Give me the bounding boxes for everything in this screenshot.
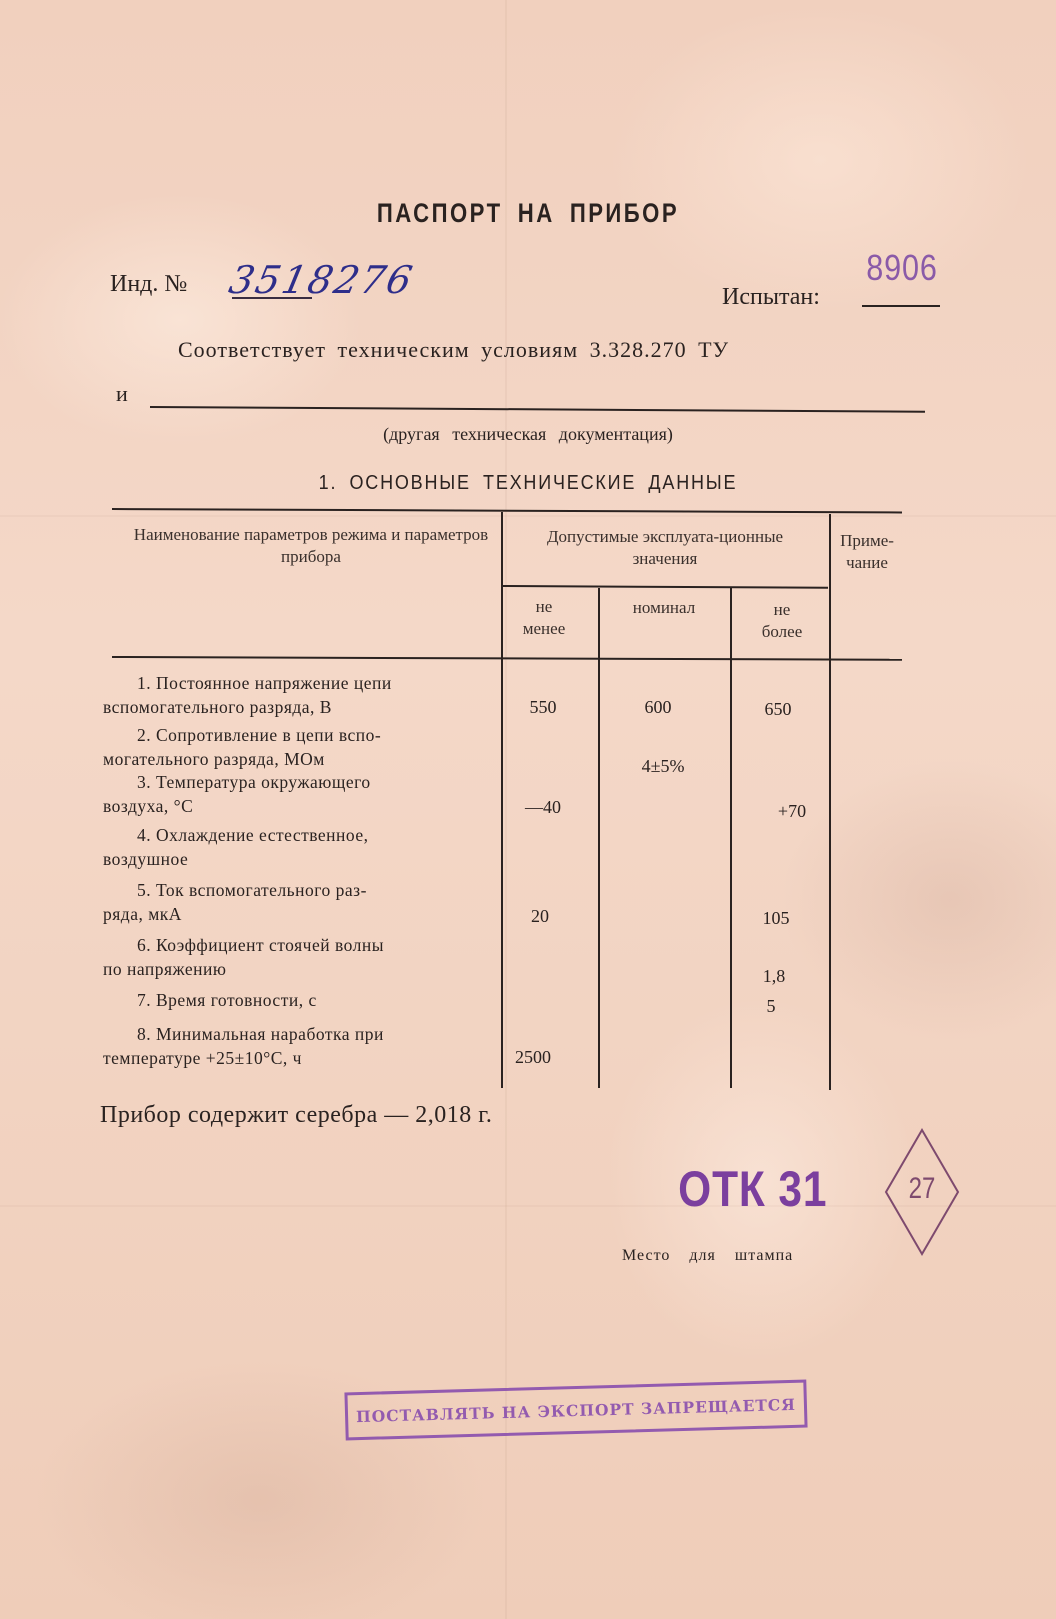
value-nominal: 600 — [618, 697, 698, 718]
complies-statement: Соответствует техническим условиям 3.328… — [178, 337, 729, 363]
value-max: 5 — [731, 996, 811, 1017]
table-row-param: 1. Постоянное напряжение цепи вспомогате… — [103, 671, 392, 719]
value-nominal: 4±5% — [623, 756, 703, 777]
table-subheader-rule — [502, 585, 828, 589]
header-parameter: Наименование параметров режима и парамет… — [122, 524, 500, 568]
value-min: —40 — [503, 797, 583, 818]
param-line: 5. Ток вспомогательного раз- — [103, 878, 367, 902]
paper-crease — [0, 515, 1056, 517]
param-line: воздуха, °С — [103, 794, 371, 818]
param-line: воздушное — [103, 847, 369, 871]
param-line: ряда, мкА — [103, 902, 367, 926]
header-allowed-values: Допустимые эксплуата-ционные значения — [515, 526, 815, 570]
table-row-param: 6. Коэффициент стоячей волны по напряжен… — [103, 933, 384, 981]
param-line: 8. Минимальная наработка при — [103, 1022, 384, 1046]
param-line: 3. Температура окружающего — [103, 770, 371, 794]
param-line: вспомогательного разряда, В — [103, 695, 392, 719]
table-row-param: 3. Температура окружающего воздуха, °С — [103, 770, 371, 818]
value-max: 105 — [736, 908, 816, 929]
header-min: не менее — [516, 596, 572, 640]
value-max: +70 — [752, 801, 832, 822]
otk-stamp: ОТК 31 — [678, 1160, 827, 1218]
param-line: температуре +25±10°С, ч — [103, 1046, 384, 1070]
other-docs-blank-line — [150, 406, 925, 413]
table-row-param: 7. Время готовности, с — [103, 988, 317, 1012]
table-row-param: 8. Минимальная наработка при температуре… — [103, 1022, 384, 1070]
export-prohibited-stamp: ПОСТАВЛЯТЬ НА ЭКСПОРТ ЗАПРЕЩАЕТСЯ — [344, 1380, 807, 1441]
tested-blank-line — [862, 305, 940, 307]
stamp-place-caption: Место для штампа — [622, 1247, 793, 1265]
diamond-stamp-number: 27 — [892, 1172, 953, 1206]
tested-label: Испытан: — [722, 284, 820, 311]
param-line: 2. Сопротивление в цепи вспо- — [103, 723, 381, 747]
tested-stamp: 8906 — [866, 247, 937, 289]
value-min: 2500 — [493, 1047, 573, 1068]
index-underline — [232, 297, 312, 299]
param-line: по напряжению — [103, 957, 384, 981]
other-docs-caption: (другая техническая документация) — [0, 424, 1056, 445]
silver-content-note: Прибор содержит серебра — 2,018 г. — [100, 1102, 492, 1129]
param-line: 7. Время готовности, с — [103, 988, 317, 1012]
table-row-param: 4. Охлаждение естественное, воздушное — [103, 823, 369, 871]
value-max: 1,8 — [734, 966, 814, 987]
index-number-value: 3518276 — [225, 258, 418, 302]
header-max: не более — [754, 599, 810, 643]
header-note: Приме-чание — [832, 530, 902, 574]
table-row-param: 2. Сопротивление в цепи вспо- могательно… — [103, 723, 381, 771]
header-nominal: номинал — [606, 597, 722, 619]
value-min: 550 — [503, 697, 583, 718]
param-line: могательного разряда, МОм — [103, 747, 381, 771]
param-line: 4. Охлаждение естественное, — [103, 823, 369, 847]
and-label: и — [116, 381, 128, 407]
col-divider — [598, 588, 600, 1088]
value-min: 20 — [500, 906, 580, 927]
section-heading: 1. ОСНОВНЫЕ ТЕХНИЧЕСКИЕ ДАННЫЕ — [53, 472, 1003, 495]
table-row-param: 5. Ток вспомогательного раз- ряда, мкА — [103, 878, 367, 926]
document-title: ПАСПОРТ НА ПРИБОР — [95, 198, 961, 229]
param-line: 6. Коэффициент стоячей волны — [103, 933, 384, 957]
value-max: 650 — [738, 699, 818, 720]
param-line: 1. Постоянное напряжение цепи — [103, 671, 392, 695]
index-number-label: Инд. № — [110, 271, 187, 298]
